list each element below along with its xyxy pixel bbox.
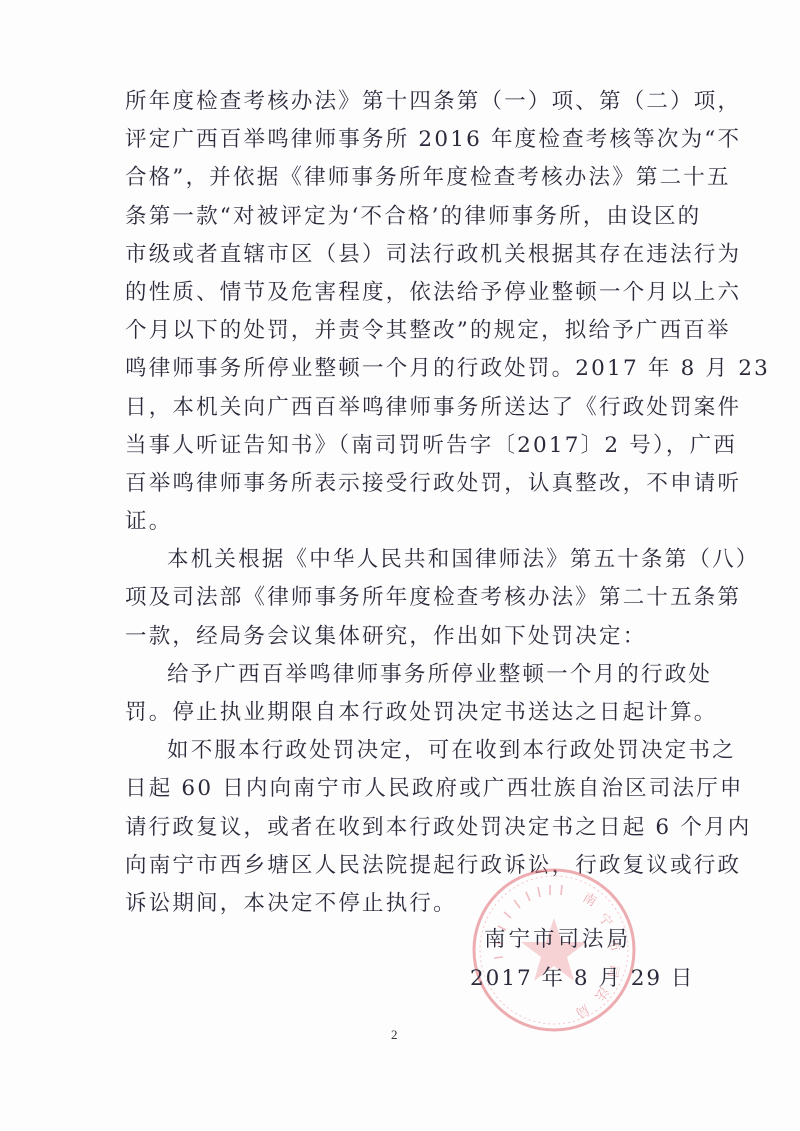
text-line: 日起 60 日内向南宁市人民政府或广西壮族自治区司法厅申 [125, 770, 683, 808]
text-line: 一款，经局务会议集体研究，作出如下处罚决定： [125, 618, 683, 656]
text-line: 证。 [125, 503, 683, 541]
document-page: 所年度检查考核办法》第十四条第（一）项、第（二）项， 评定广西百举鸣律师事务所 … [0, 0, 800, 1131]
paragraph-3: 给予广西百举鸣律师事务所停业整顿一个月的行政处 罚。停止执业期限自本行政处罚决定… [125, 656, 683, 732]
text-line: 合格”，并依据《律师事务所年度检查考核办法》第二十五 [125, 159, 683, 197]
text-line: 市级或者直辖市区（县）司法行政机关根据其存在违法行为 [125, 236, 683, 274]
text-line: 当事人听证告知书》（南司罚听告字〔2017〕2 号），广西 [125, 427, 683, 465]
text-line: 百举鸣律师事务所表示接受行政处罚，认真整改，不申请听 [125, 465, 683, 503]
text-line: 请行政复议，或者在收到本行政处罚决定书之日起 6 个月内 [125, 809, 683, 847]
text-line: 本机关根据《中华人民共和国律师法》第五十条第（八） [125, 541, 683, 579]
svg-text:局: 局 [573, 1001, 592, 1020]
text-line: 鸣律师事务所停业整顿一个月的行政处罚。2017 年 8 月 23 [125, 350, 683, 388]
svg-text:南: 南 [580, 890, 599, 910]
text-line: 日，本机关向广西百举鸣律师事务所送达了《行政处罚案件 [125, 389, 683, 427]
paragraph-1: 所年度检查考核办法》第十四条第（一）项、第（二）项， 评定广西百举鸣律师事务所 … [125, 83, 683, 541]
text-line: 项及司法部《律师事务所年度检查考核办法》第二十五条第 [125, 579, 683, 617]
text-line: 评定广西百举鸣律师事务所 2016 年度检查考核等次为“不 [125, 121, 683, 159]
paragraph-2: 本机关根据《中华人民共和国律师法》第五十条第（八） 项及司法部《律师事务所年度检… [125, 541, 683, 656]
signature-block: 南宁市司法局 2017 年 8 月 29 日 [470, 920, 700, 998]
text-line: 所年度检查考核办法》第十四条第（一）项、第（二）项， [125, 83, 683, 121]
issuing-organization: 南宁市司法局 [470, 920, 700, 959]
text-line: 的性质、情节及危害程度，依法给予停业整顿一个月以上六 [125, 274, 683, 312]
text-line: 个月以下的处罚，并责令其整改”的规定，拟给予广西百举 [125, 312, 683, 350]
issue-date: 2017 年 8 月 29 日 [470, 959, 700, 998]
text-line: 罚。停止执业期限自本行政处罚决定书送达之日起计算。 [125, 694, 683, 732]
text-line: 给予广西百举鸣律师事务所停业整顿一个月的行政处 [125, 656, 683, 694]
text-line: 如不服本行政处罚决定，可在收到本行政处罚决定书之 [125, 732, 683, 770]
document-body: 所年度检查考核办法》第十四条第（一）项、第（二）项， 评定广西百举鸣律师事务所 … [125, 83, 683, 923]
page-number: 2 [391, 1027, 398, 1043]
text-line: 条第一款“对被评定为‘不合格’的律师事务所，由设区的 [125, 198, 683, 236]
